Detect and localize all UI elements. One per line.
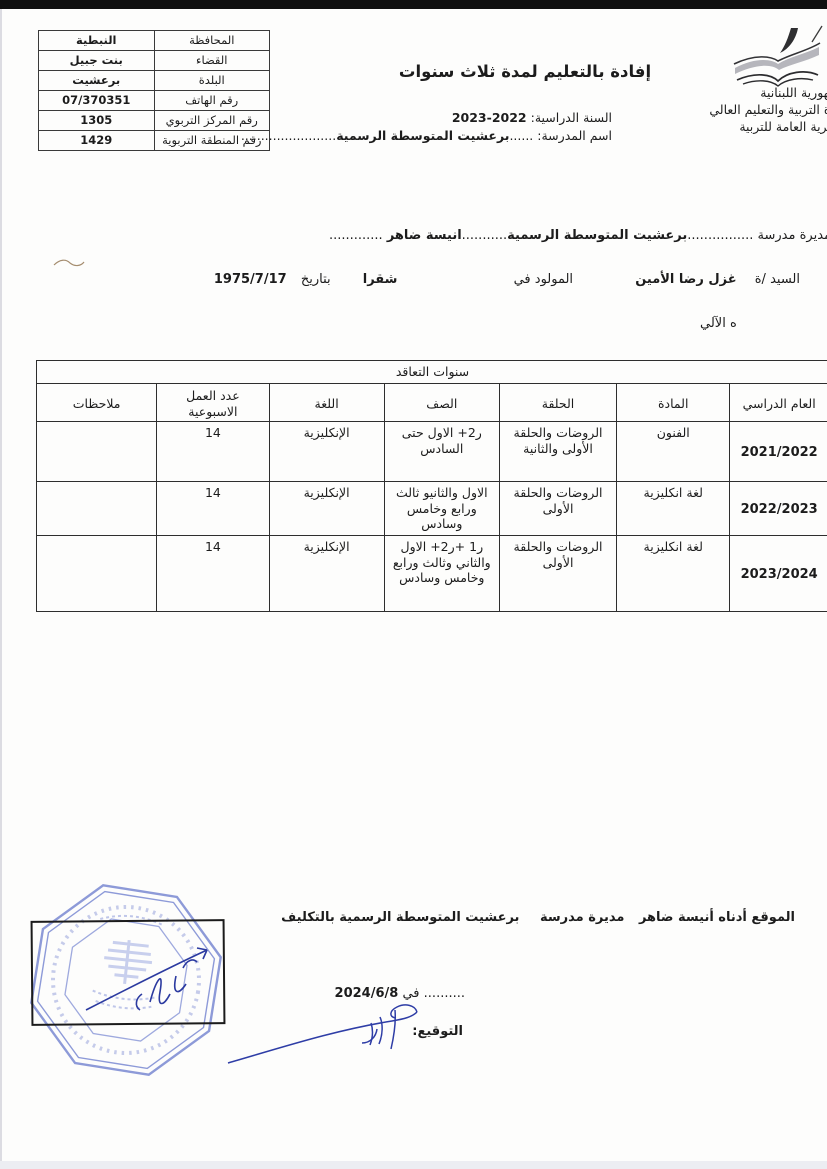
ministry-text-block: الجمهورية اللبنانية وزارة التربية والتعل… [640, 84, 827, 135]
school-year-line: السنة الدراسية: 2022-2023 [452, 110, 612, 125]
cell-grades: ر1 +ر2+ الاول والثاني وثالث ورابع وخامس … [384, 536, 499, 612]
admin-info-table: المحافظة النبطية القضاء بنت جبيل البلدة … [38, 30, 270, 151]
cell-language: الإنكليزية [269, 536, 384, 612]
logo-flame-shape [780, 28, 798, 53]
col-header-weekly-hours: عدد العمل الاسبوعية [157, 384, 269, 422]
cell-language: الإنكليزية [269, 482, 384, 536]
col-header-notes: ملاحظات [37, 384, 157, 422]
col-header-grade: الصف [384, 384, 499, 422]
statement-role: مديرة مدرسة [540, 910, 624, 925]
birth-place: شقرا [363, 272, 398, 287]
on-date-label: بتاريخ [301, 272, 331, 287]
teacher-title-label: السيد /ة [755, 272, 800, 287]
cell-subject: لغة انكليزية [617, 482, 730, 536]
info-label-phone: رقم الهاتف [154, 91, 270, 111]
scan-left-edge [0, 9, 2, 1169]
info-value-center-number: 1305 [39, 111, 155, 131]
table-title-row: سنوات التعاقد [37, 361, 827, 384]
table-row: رقم المنطقة التربوية 1429 [39, 131, 270, 151]
dots: .......... [424, 986, 465, 1001]
info-label-town: البلدة [154, 71, 270, 91]
pen-tilde-mark [52, 256, 86, 272]
statement-signer: الموقع أدناه أنيسة ضاهر [639, 910, 795, 925]
cell-year: 2021/2022 [730, 422, 827, 482]
page-title: إفادة بالتعليم لمدة ثلاث سنوات [360, 62, 690, 81]
stamp-frame-box [31, 919, 226, 1026]
info-value-governorate: النبطية [39, 31, 155, 51]
clipped-text-fragment: ه الآلي [700, 316, 737, 331]
teacher-identity-line: السيد /ة غزل رضا الأمين المولود في شقرا … [214, 272, 800, 287]
logo-book-upper [737, 72, 818, 81]
table-row: 2021/2022 الفنون الروضات والحلقة الأولى … [37, 422, 827, 482]
info-label-district: القضاء [154, 51, 270, 71]
dots: ........... [462, 228, 507, 243]
col-header-school-year: العام الدراسي [730, 384, 827, 422]
cell-subject: لغة انكليزية [617, 536, 730, 612]
scanned-document-page: المحافظة النبطية القضاء بنت جبيل البلدة … [0, 0, 827, 1169]
col-header-subject: المادة [617, 384, 730, 422]
cell-notes [37, 422, 157, 482]
cell-cycle: الروضات والحلقة الأولى والثانية [499, 422, 616, 482]
director-name: انيسة ضاهر [387, 228, 462, 243]
cell-notes [37, 482, 157, 536]
cell-grades: ر2+ الاول حتى السادس [384, 422, 499, 482]
cell-cycle: الروضات والحلقة الأولى [499, 536, 616, 612]
info-value-phone: 07/370351 [39, 91, 155, 111]
cell-notes [37, 536, 157, 612]
col-header-language: اللغة [269, 384, 384, 422]
cell-year: 2023/2024 [730, 536, 827, 612]
table-header-row: العام الدراسي المادة الحلقة الصف اللغة ع… [37, 384, 827, 422]
contract-years-table: سنوات التعاقد العام الدراسي المادة الحلق… [36, 360, 827, 612]
teacher-name: غزل رضا الأمين [635, 272, 736, 287]
info-label-governorate: المحافظة [154, 31, 270, 51]
birth-date: 1975/7/17 [214, 272, 287, 287]
scan-top-black-band [0, 0, 827, 9]
school-name-label: اسم المدرسة: [537, 128, 612, 143]
table-row: رقم المركز التربوي 1305 [39, 111, 270, 131]
director-signature [228, 1005, 417, 1063]
date-line: .......... في 2024/6/8 [335, 986, 465, 1001]
dots: ...... [509, 128, 533, 143]
director-line: مديرة مدرسة ................برعشيت المتو… [329, 228, 827, 243]
date-in-label: في [402, 986, 419, 1001]
table-row: 2022/2023 لغة انكليزية الروضات والحلقة ا… [37, 482, 827, 536]
cell-weekly-hours: 14 [157, 482, 269, 536]
ministry-name-line: وزارة التربية والتعليم العالي [640, 101, 827, 118]
contract-table-title: سنوات التعاقد [37, 361, 827, 384]
table-row: المحافظة النبطية [39, 31, 270, 51]
cell-cycle: الروضات والحلقة الأولى [499, 482, 616, 536]
signatory-statement: الموقع أدناه أنيسة ضاهر مديرة مدرسة برعش… [281, 910, 795, 925]
scan-bottom-edge [0, 1161, 827, 1169]
school-name-value: برعشيت المتوسطة الرسمية [336, 128, 509, 143]
cell-weekly-hours: 14 [157, 536, 269, 612]
table-row: البلدة برعشيت [39, 71, 270, 91]
signature-label: التوقيع: [412, 1024, 463, 1039]
col-header-cycle: الحلقة [499, 384, 616, 422]
dots: ........................ [241, 128, 336, 143]
born-in-label: المولود في [514, 272, 573, 287]
cell-language: الإنكليزية [269, 422, 384, 482]
ministry-directorate-line: المديرية العامة للتربية [640, 118, 827, 135]
info-value-zone-number: 1429 [39, 131, 155, 151]
table-row: 2023/2024 لغة انكليزية الروضات والحلقة ا… [37, 536, 827, 612]
cell-year: 2022/2023 [730, 482, 827, 536]
date-value: 2024/6/8 [335, 986, 399, 1001]
cell-subject: الفنون [617, 422, 730, 482]
cell-weekly-hours: 14 [157, 422, 269, 482]
cell-grades: الاول والثانيو ثالث ورابع وخامس وسادس [384, 482, 499, 536]
scan-pen-tick [806, 24, 827, 46]
director-line-prefix: مديرة مدرسة [758, 228, 827, 243]
info-value-town: برعشيت [39, 71, 155, 91]
table-row: القضاء بنت جبيل [39, 51, 270, 71]
statement-school: برعشيت المتوسطة الرسمية بالتكليف [281, 910, 519, 925]
ministry-republic-line: الجمهورية اللبنانية [640, 84, 827, 101]
dots: ............. [329, 228, 383, 243]
school-name-line: اسم المدرسة: ......برعشيت المتوسطة الرسم… [241, 128, 612, 143]
info-value-district: بنت جبيل [39, 51, 155, 71]
dots: ................ [687, 228, 753, 243]
director-school-name: برعشيت المتوسطة الرسمية [507, 228, 687, 243]
school-year-label: السنة الدراسية: [531, 110, 612, 125]
table-row: رقم الهاتف 07/370351 [39, 91, 270, 111]
school-year-value: 2022-2023 [452, 110, 527, 125]
